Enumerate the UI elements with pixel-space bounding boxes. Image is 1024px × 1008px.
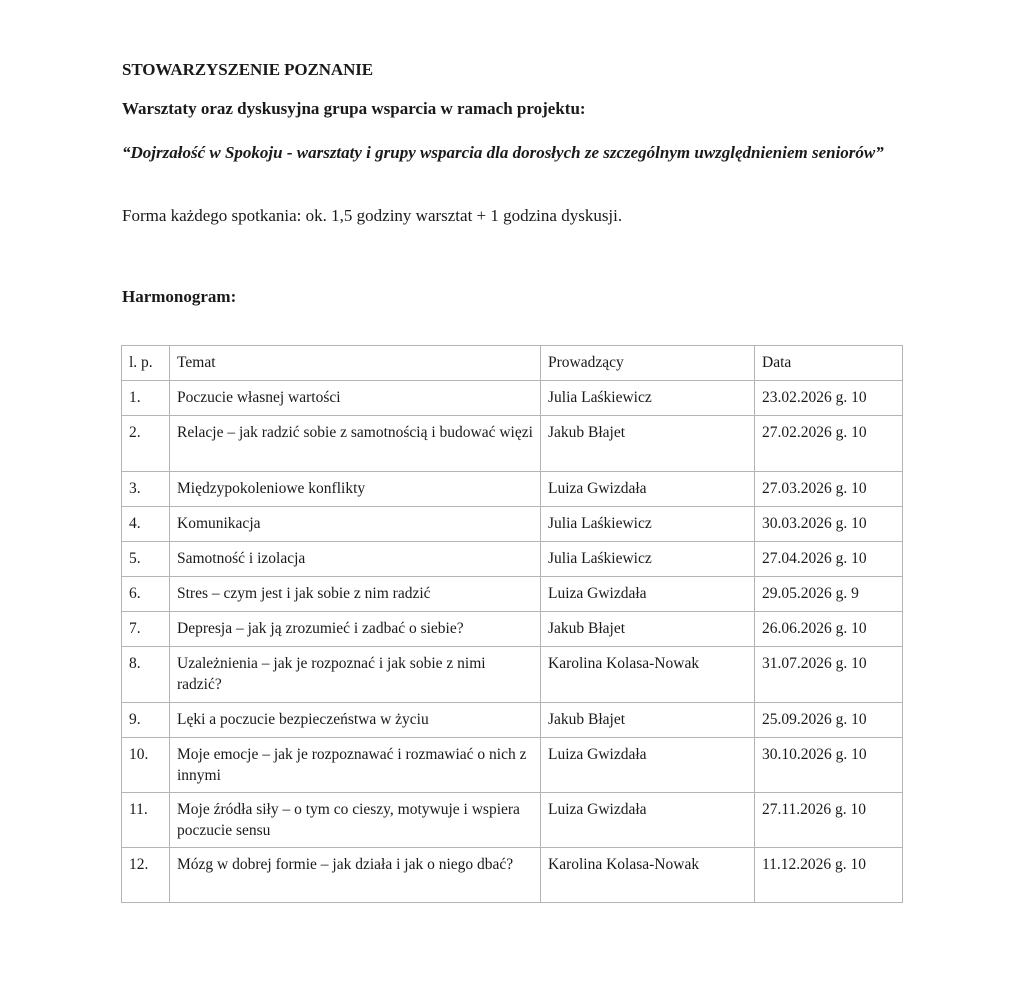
project-title: “Dojrzałość w Spokoju - warsztaty i grup… <box>122 141 902 164</box>
header-number: l. p. <box>122 346 170 381</box>
row-date: 23.02.2026 g. 10 <box>755 381 903 416</box>
row-date: 26.06.2026 g. 10 <box>755 612 903 647</box>
row-number: 5. <box>122 542 170 577</box>
row-number: 10. <box>122 738 170 793</box>
row-topic: Lęki a poczucie bezpieczeństwa w życiu <box>170 703 541 738</box>
meeting-format: Forma każdego spotkania: ok. 1,5 godziny… <box>122 206 622 226</box>
row-leader: Jakub Błajet <box>541 612 755 647</box>
row-leader: Julia Laśkiewicz <box>541 507 755 542</box>
table-row: 3.Międzypokoleniowe konfliktyLuiza Gwizd… <box>122 472 903 507</box>
row-leader: Luiza Gwizdała <box>541 472 755 507</box>
row-topic: Mózg w dobrej formie – jak działa i jak … <box>170 848 541 903</box>
row-topic: Stres – czym jest i jak sobie z nim radz… <box>170 577 541 612</box>
header-leader: Prowadzący <box>541 346 755 381</box>
table-row: 4.KomunikacjaJulia Laśkiewicz30.03.2026 … <box>122 507 903 542</box>
row-date: 27.03.2026 g. 10 <box>755 472 903 507</box>
row-leader: Jakub Błajet <box>541 703 755 738</box>
row-number: 2. <box>122 416 170 472</box>
row-leader: Luiza Gwizdała <box>541 738 755 793</box>
row-topic: Międzypokoleniowe konflikty <box>170 472 541 507</box>
row-number: 7. <box>122 612 170 647</box>
row-topic: Komunikacja <box>170 507 541 542</box>
row-number: 12. <box>122 848 170 903</box>
row-number: 1. <box>122 381 170 416</box>
table-row: 1.Poczucie własnej wartościJulia Laśkiew… <box>122 381 903 416</box>
organization-name: STOWARZYSZENIE POZNANIE <box>122 60 373 80</box>
table-row: 2.Relacje – jak radzić sobie z samotnośc… <box>122 416 903 472</box>
table-row: 6.Stres – czym jest i jak sobie z nim ra… <box>122 577 903 612</box>
row-leader: Julia Laśkiewicz <box>541 381 755 416</box>
schedule-table: l. p. Temat Prowadzący Data 1.Poczucie w… <box>121 345 903 903</box>
table-row: 12.Mózg w dobrej formie – jak działa i j… <box>122 848 903 903</box>
row-date: 30.10.2026 g. 10 <box>755 738 903 793</box>
row-date: 27.04.2026 g. 10 <box>755 542 903 577</box>
table-row: 8.Uzależnienia – jak je rozpoznać i jak … <box>122 647 903 703</box>
row-leader: Karolina Kolasa-Nowak <box>541 848 755 903</box>
row-date: 25.09.2026 g. 10 <box>755 703 903 738</box>
row-leader: Karolina Kolasa-Nowak <box>541 647 755 703</box>
row-topic: Uzależnienia – jak je rozpoznać i jak so… <box>170 647 541 703</box>
row-date: 11.12.2026 g. 10 <box>755 848 903 903</box>
row-date: 30.03.2026 g. 10 <box>755 507 903 542</box>
row-topic: Samotność i izolacja <box>170 542 541 577</box>
schedule-heading: Harmonogram: <box>122 287 236 307</box>
table-row: 11.Moje źródła siły – o tym co cieszy, m… <box>122 793 903 848</box>
document-subtitle: Warsztaty oraz dyskusyjna grupa wsparcia… <box>122 99 586 119</box>
row-topic: Relacje – jak radzić sobie z samotnością… <box>170 416 541 472</box>
row-topic: Depresja – jak ją zrozumieć i zadbać o s… <box>170 612 541 647</box>
row-number: 8. <box>122 647 170 703</box>
row-topic: Moje emocje – jak je rozpoznawać i rozma… <box>170 738 541 793</box>
header-topic: Temat <box>170 346 541 381</box>
row-number: 9. <box>122 703 170 738</box>
row-date: 31.07.2026 g. 10 <box>755 647 903 703</box>
table-row: 9.Lęki a poczucie bezpieczeństwa w życiu… <box>122 703 903 738</box>
header-date: Data <box>755 346 903 381</box>
row-leader: Luiza Gwizdała <box>541 793 755 848</box>
row-number: 11. <box>122 793 170 848</box>
table-row: 7.Depresja – jak ją zrozumieć i zadbać o… <box>122 612 903 647</box>
row-leader: Jakub Błajet <box>541 416 755 472</box>
row-date: 29.05.2026 g. 9 <box>755 577 903 612</box>
row-topic: Poczucie własnej wartości <box>170 381 541 416</box>
table-header-row: l. p. Temat Prowadzący Data <box>122 346 903 381</box>
row-leader: Julia Laśkiewicz <box>541 542 755 577</box>
row-date: 27.11.2026 g. 10 <box>755 793 903 848</box>
row-number: 3. <box>122 472 170 507</box>
row-leader: Luiza Gwizdała <box>541 577 755 612</box>
row-topic: Moje źródła siły – o tym co cieszy, moty… <box>170 793 541 848</box>
table-row: 5.Samotność i izolacjaJulia Laśkiewicz27… <box>122 542 903 577</box>
row-date: 27.02.2026 g. 10 <box>755 416 903 472</box>
table-row: 10.Moje emocje – jak je rozpoznawać i ro… <box>122 738 903 793</box>
row-number: 6. <box>122 577 170 612</box>
row-number: 4. <box>122 507 170 542</box>
